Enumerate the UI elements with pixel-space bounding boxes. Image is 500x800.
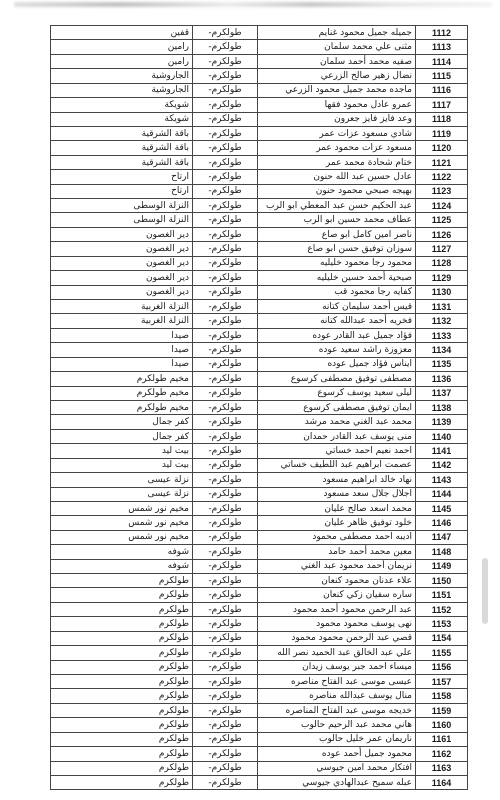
name-cell: بهيجه صبحي محمود حنون xyxy=(258,184,416,198)
name-text: محمود جميل أحمد عوده xyxy=(322,749,412,759)
table-row: نزلة عيسى طولكرم- نهاد خالد ابراهيم مسعو… xyxy=(51,473,468,487)
id-cell: 1149 xyxy=(416,559,468,573)
district-cell: طولكرم- xyxy=(193,732,258,746)
id-cell: 1146 xyxy=(416,516,468,530)
name-text: افتكار محمد امين جيوسي xyxy=(316,763,412,773)
table-row: طولكرم طولكرم- عيسى موسى عبد الفتاح مناص… xyxy=(51,674,468,688)
place-cell: باقة الشرقية xyxy=(51,155,193,169)
district-text: طولكرم- xyxy=(208,287,241,297)
district-text: طولكرم- xyxy=(208,42,241,52)
scan-artifact-smudge xyxy=(14,2,492,7)
name-cell: خديجه موسى عبد الفتاح المناصره xyxy=(258,703,416,717)
district-text: طولكرم- xyxy=(208,706,241,716)
name-text: مثنى علي محمد سلمان xyxy=(324,42,412,52)
name-cell: نريمان أحمد محمود عبد الغني xyxy=(258,559,416,573)
name-cell: نهى يوسف محمود محمود xyxy=(258,617,416,631)
name-cell: كفايه رجا محمود قب xyxy=(258,285,416,299)
place-cell: ارتاح xyxy=(51,184,193,198)
district-cell: طولكرم- xyxy=(193,83,258,97)
id-text: 1148 xyxy=(432,547,452,557)
name-text: فخريه أحمد عبدالله كتانه xyxy=(320,316,412,326)
id-text: 1114 xyxy=(432,57,451,67)
name-text: مسعود عزات محمود عمر xyxy=(316,143,412,153)
name-cell: عبله سميح عبدالهادي جيوسي xyxy=(258,775,416,789)
name-text: سوزان توفيق حسن ابو صاع xyxy=(307,244,412,254)
table-row: طولكرم طولكرم- قصي عبد الرحمن محمود محمو… xyxy=(51,631,468,645)
id-text: 1154 xyxy=(432,633,452,643)
table-row: كفر جمال طولكرم- منى يوسف عبد القادر حمد… xyxy=(51,429,468,443)
name-text: ناريمان عمر خليل حالوب xyxy=(319,734,412,744)
name-cell: عمرو عادل محمود فقها xyxy=(258,98,416,112)
place-cell: دير الغصون xyxy=(51,227,193,241)
id-cell: 1148 xyxy=(416,545,468,559)
table-row: باقة الشرقية طولكرم- شادي مسعود عزات عمر… xyxy=(51,126,468,140)
id-cell: 1159 xyxy=(416,703,468,717)
name-text: معين محمد أحمد حامد xyxy=(328,547,412,557)
name-cell: صبحية أحمد حسين خليليه xyxy=(258,271,416,285)
id-cell: 1156 xyxy=(416,660,468,674)
name-text: منال يوسف عبدالله مناصره xyxy=(309,691,412,701)
place-text: طولكرم xyxy=(159,734,189,744)
district-text: طولكرم- xyxy=(208,561,241,571)
district-text: طولكرم- xyxy=(208,57,241,67)
id-text: 1141 xyxy=(432,446,452,456)
id-text: 1123 xyxy=(432,186,452,196)
id-cell: 1119 xyxy=(416,126,468,140)
district-cell: طولكرم- xyxy=(193,112,258,126)
id-cell: 1138 xyxy=(416,400,468,414)
place-text: مخيم نور شمس xyxy=(128,504,189,514)
table-row: الجاروشية طولكرم- ماجده محمد جميل محمود … xyxy=(51,83,468,97)
table-row: ارتاح طولكرم- عادل حسين عبد الله حنون 11… xyxy=(51,170,468,184)
name-text: بهيجه صبحي محمود حنون xyxy=(316,186,412,196)
name-cell: خلود توفيق ظاهر عليان xyxy=(258,516,416,530)
name-text: نضال زهير صالح الزرعي xyxy=(321,71,412,81)
place-cell: شويكة xyxy=(51,112,193,126)
district-text: طولكرم- xyxy=(208,749,241,759)
id-cell: 1152 xyxy=(416,602,468,616)
district-text: طولكرم- xyxy=(208,432,241,442)
table-row: شوفه طولكرم- نريمان أحمد محمود عبد الغني… xyxy=(51,559,468,573)
place-cell: كفر جمال xyxy=(51,415,193,429)
district-cell: طولكرم- xyxy=(193,530,258,544)
name-text: ايناس فؤاد جميل عوده xyxy=(327,359,412,369)
name-cell: علاء عدنان محمود كنعان xyxy=(258,574,416,588)
place-cell: الجاروشية xyxy=(51,83,193,97)
place-text: مخيم طولكرم xyxy=(137,388,189,398)
district-cell: طولكرم- xyxy=(193,126,258,140)
id-text: 1124 xyxy=(432,201,452,211)
district-cell: طولكرم- xyxy=(193,458,258,472)
district-text: طولكرم- xyxy=(208,648,241,658)
id-text: 1131 xyxy=(432,302,452,312)
district-cell: طولكرم- xyxy=(193,545,258,559)
table-row: مخيم نور شمس طولكرم- محمد اسعد صالح عليا… xyxy=(51,501,468,515)
id-cell: 1126 xyxy=(416,227,468,241)
district-text: طولكرم- xyxy=(208,273,241,283)
id-cell: 1154 xyxy=(416,631,468,645)
id-cell: 1137 xyxy=(416,386,468,400)
place-text: نزلة عيسى xyxy=(147,489,189,499)
district-text: طولكرم- xyxy=(208,114,241,124)
name-cell: قصي عبد الرحمن محمود محمود xyxy=(258,631,416,645)
district-cell: طولكرم- xyxy=(193,213,258,227)
name-cell: عيسى موسى عبد الفتاح مناصره xyxy=(258,674,416,688)
district-cell: طولكرم- xyxy=(193,314,258,328)
place-cell: دير الغصون xyxy=(51,256,193,270)
district-cell: طولكرم- xyxy=(193,516,258,530)
place-cell: طولكرم xyxy=(51,761,193,775)
place-text: بيت ليد xyxy=(162,460,189,470)
id-text: 1112 xyxy=(432,28,451,38)
place-cell: بيت ليد xyxy=(51,444,193,458)
table-row: النزلة الغربية طولكرم- فخريه أحمد عبدالل… xyxy=(51,314,468,328)
table-row: باقة الشرقية طولكرم- مسعود عزات محمود عم… xyxy=(51,141,468,155)
id-cell: 1157 xyxy=(416,674,468,688)
place-cell: دير الغصون xyxy=(51,285,193,299)
id-text: 1146 xyxy=(432,518,452,528)
place-cell: طولكرم xyxy=(51,689,193,703)
name-text: مصطفى توفيق مصطفى كرسوع xyxy=(291,374,412,384)
id-text: 1147 xyxy=(432,532,452,542)
place-text: النزلة الغربية xyxy=(141,302,189,312)
id-cell: 1147 xyxy=(416,530,468,544)
name-text: عبد الرحمن محمود أحمد محمود xyxy=(293,605,412,615)
place-cell: باقة الشرقية xyxy=(51,126,193,140)
name-text: ناصر امين كامل ابو صاع xyxy=(322,230,412,240)
name-cell: اجلال جلال سعد مسعود xyxy=(258,487,416,501)
table-row: صيدا طولكرم- فؤاد جميل عبد القادر عوده 1… xyxy=(51,328,468,342)
district-text: طولكرم- xyxy=(208,547,241,557)
name-text: وعد فايز فايز جعرون xyxy=(334,114,412,124)
place-cell: طولكرم xyxy=(51,674,193,688)
district-text: طولكرم- xyxy=(208,633,241,643)
id-cell: 1121 xyxy=(416,155,468,169)
place-text: طولكرم xyxy=(159,763,189,773)
place-cell: دير الغصون xyxy=(51,242,193,256)
place-cell: طولكرم xyxy=(51,646,193,660)
id-text: 1157 xyxy=(432,677,452,687)
id-text: 1130 xyxy=(432,287,452,297)
id-cell: 1151 xyxy=(416,588,468,602)
table-row: طولكرم طولكرم- عبله سميح عبدالهادي جيوسي… xyxy=(51,775,468,789)
name-text: صفيه محمد أحمد سلمان xyxy=(320,57,412,67)
id-text: 1120 xyxy=(432,143,452,153)
district-cell: طولكرم- xyxy=(193,26,258,40)
district-cell: طولكرم- xyxy=(193,54,258,68)
place-text: طولكرم xyxy=(159,662,189,672)
district-cell: طولكرم- xyxy=(193,473,258,487)
table-row: طولكرم طولكرم- نهى يوسف محمود محمود 1153 xyxy=(51,617,468,631)
id-cell: 1145 xyxy=(416,501,468,515)
district-cell: طولكرم- xyxy=(193,328,258,342)
table-row: طولكرم طولكرم- افتكار محمد امين جيوسي 11… xyxy=(51,761,468,775)
place-text: صيدا xyxy=(171,345,189,355)
name-cell: معين محمد أحمد حامد xyxy=(258,545,416,559)
district-cell: طولكرم- xyxy=(193,386,258,400)
district-text: طولكرم- xyxy=(208,778,241,788)
place-cell: ارتاح xyxy=(51,170,193,184)
place-cell: النزلة الوسطى xyxy=(51,213,193,227)
table-row: ارتاح طولكرم- بهيجه صبحي محمود حنون 1123 xyxy=(51,184,468,198)
table-row: دير الغصون طولكرم- كفايه رجا محمود قب 11… xyxy=(51,285,468,299)
district-text: طولكرم- xyxy=(208,504,241,514)
name-text: عطاف محمد حسين ابو الرب xyxy=(304,215,412,225)
name-cell: سوزان توفيق حسن ابو صاع xyxy=(258,242,416,256)
district-cell: طولكرم- xyxy=(193,199,258,213)
id-cell: 1136 xyxy=(416,372,468,386)
place-cell: رامين xyxy=(51,40,193,54)
id-text: 1164 xyxy=(432,778,452,788)
place-text: طولكرم xyxy=(159,720,189,730)
id-cell: 1141 xyxy=(416,444,468,458)
place-cell: شوفه xyxy=(51,559,193,573)
name-cell: معزوزة راشد سعيد عوده xyxy=(258,343,416,357)
district-text: طولكرم- xyxy=(208,129,241,139)
district-cell: طولكرم- xyxy=(193,674,258,688)
district-text: طولكرم- xyxy=(208,619,241,629)
name-cell: ايناس فؤاد جميل عوده xyxy=(258,357,416,371)
name-cell: وعد فايز فايز جعرون xyxy=(258,112,416,126)
district-text: طولكرم- xyxy=(208,518,241,528)
name-text: نهى يوسف محمود محمود xyxy=(316,619,412,629)
district-cell: طولكرم- xyxy=(193,98,258,112)
place-cell: شوفه xyxy=(51,545,193,559)
place-cell: رامين xyxy=(51,54,193,68)
name-text: محمود رجا محمود خليليه xyxy=(320,258,412,268)
district-text: طولكرم- xyxy=(208,85,241,95)
name-cell: ناصر امين كامل ابو صاع xyxy=(258,227,416,241)
place-text: شوفه xyxy=(168,561,189,571)
name-cell: عصمت ابراهيم عبد اللطيف خساتي xyxy=(258,458,416,472)
id-cell: 1160 xyxy=(416,718,468,732)
id-text: 1150 xyxy=(432,576,452,586)
name-text: ايمان توفيق مصطفى كرسوع xyxy=(303,403,412,413)
place-text: كفر جمال xyxy=(152,432,189,442)
district-text: طولكرم- xyxy=(208,460,241,470)
district-text: طولكرم- xyxy=(208,763,241,773)
id-cell: 1124 xyxy=(416,199,468,213)
table-row: شويكة طولكرم- عمرو عادل محمود فقها 1117 xyxy=(51,98,468,112)
name-cell: ايمان توفيق مصطفى كرسوع xyxy=(258,400,416,414)
place-cell: مخيم نور شمس xyxy=(51,516,193,530)
table-row: النزلة الغربية طولكرم- قيس أحمد سليمان ك… xyxy=(51,300,468,314)
id-text: 1115 xyxy=(432,71,451,81)
district-cell: طولكرم- xyxy=(193,300,258,314)
name-text: قيس أحمد سليمان كتانه xyxy=(322,302,412,312)
name-text: نهاد خالد ابراهيم مسعود xyxy=(322,475,412,485)
district-text: طولكرم- xyxy=(208,532,241,542)
name-cell: فؤاد جميل عبد القادر عوده xyxy=(258,328,416,342)
table-row: طولكرم طولكرم- ساره سفيان زكي كنعان 1151 xyxy=(51,588,468,602)
place-cell: الجاروشية xyxy=(51,69,193,83)
place-text: دير الغصون xyxy=(146,230,189,240)
table-row: شويكة طولكرم- وعد فايز فايز جعرون 1118 xyxy=(51,112,468,126)
place-cell: قفين xyxy=(51,26,193,40)
place-cell: طولكرم xyxy=(51,574,193,588)
table-row: مخيم طولكرم طولكرم- ليلى سعيد يوسف كرسوع… xyxy=(51,386,468,400)
id-cell: 1140 xyxy=(416,429,468,443)
id-text: 1151 xyxy=(432,590,452,600)
district-text: طولكرم- xyxy=(208,489,241,499)
district-text: طولكرم- xyxy=(208,417,241,427)
id-text: 1145 xyxy=(432,504,452,514)
district-cell: طولكرم- xyxy=(193,170,258,184)
id-text: 1149 xyxy=(432,561,452,571)
table-row: شوفه طولكرم- معين محمد أحمد حامد 1148 xyxy=(51,545,468,559)
place-text: طولكرم xyxy=(159,605,189,615)
place-text: طولكرم xyxy=(159,576,189,586)
table-row: بيت ليد طولكرم- عصمت ابراهيم عبد اللطيف … xyxy=(51,458,468,472)
district-cell: طولكرم- xyxy=(193,415,258,429)
district-text: طولكرم- xyxy=(208,186,241,196)
place-text: شوفه xyxy=(168,547,189,557)
district-text: طولكرم- xyxy=(208,100,241,110)
id-cell: 1135 xyxy=(416,357,468,371)
table-row: طولكرم طولكرم- علي عبد الخالق عبد الحميد… xyxy=(51,646,468,660)
name-text: ماجده محمد جميل محمود الزرعي xyxy=(285,85,412,95)
id-cell: 1112 xyxy=(416,26,468,40)
id-text: 1113 xyxy=(432,42,451,52)
place-cell: طولكرم xyxy=(51,602,193,616)
place-text: رامين xyxy=(168,57,189,67)
id-text: 1158 xyxy=(432,691,452,701)
district-text: طولكرم- xyxy=(208,158,241,168)
name-cell: منال يوسف عبدالله مناصره xyxy=(258,689,416,703)
place-text: دير الغصون xyxy=(146,244,189,254)
name-cell: ماجده محمد جميل محمود الزرعي xyxy=(258,83,416,97)
id-text: 1163 xyxy=(432,763,452,773)
place-text: طولكرم xyxy=(159,590,189,600)
table-row: دير الغصون طولكرم- ناصر امين كامل ابو صا… xyxy=(51,227,468,241)
place-text: صيدا xyxy=(171,359,189,369)
name-text: عادل حسين عبد الله حنون xyxy=(313,172,412,182)
name-text: علاء عدنان محمود كنعان xyxy=(321,576,412,586)
place-cell: طولكرم xyxy=(51,718,193,732)
name-cell: شادي مسعود عزات عمر xyxy=(258,126,416,140)
name-cell: اديبه احمد مصطفى محمود xyxy=(258,530,416,544)
place-text: طولكرم xyxy=(159,749,189,759)
district-text: طولكرم- xyxy=(208,230,241,240)
place-text: دير الغصون xyxy=(146,258,189,268)
id-text: 1118 xyxy=(432,114,451,124)
place-text: بيت ليد xyxy=(162,446,189,456)
name-cell: محمود جميل أحمد عوده xyxy=(258,747,416,761)
name-text: ختام شحادة محمد عمر xyxy=(326,158,412,168)
district-cell: طولكرم- xyxy=(193,40,258,54)
name-text: صبحية أحمد حسين خليليه xyxy=(317,273,412,283)
place-cell: باقة الشرقية xyxy=(51,141,193,155)
name-text: كفايه رجا محمود قب xyxy=(334,287,412,297)
place-text: الجاروشية xyxy=(151,85,189,95)
id-text: 1135 xyxy=(432,359,452,369)
table-row: دير الغصون طولكرم- صبحية أحمد حسين خليلي… xyxy=(51,271,468,285)
place-text: باقة الشرقية xyxy=(142,129,189,139)
place-text: طولكرم xyxy=(159,778,189,788)
place-cell: كفر جمال xyxy=(51,429,193,443)
district-text: طولكرم- xyxy=(208,316,241,326)
id-cell: 1116 xyxy=(416,83,468,97)
table-row: مخيم طولكرم طولكرم- مصطفى توفيق مصطفى كر… xyxy=(51,372,468,386)
district-cell: طولكرم- xyxy=(193,227,258,241)
id-text: 1133 xyxy=(432,331,452,341)
table-row: طولكرم طولكرم- ناريمان عمر خليل حالوب 11… xyxy=(51,732,468,746)
place-cell: دير الغصون xyxy=(51,271,193,285)
place-text: شويكة xyxy=(165,114,190,124)
id-cell: 1129 xyxy=(416,271,468,285)
name-cell: علي عبد الخالق عبد الحميد نصر الله xyxy=(258,646,416,660)
name-cell: ليلى سعيد يوسف كرسوع xyxy=(258,386,416,400)
place-cell: النزلة الوسطى xyxy=(51,199,193,213)
name-text: محمد اسعد صالح عليان xyxy=(324,504,412,514)
district-text: طولكرم- xyxy=(208,590,241,600)
id-text: 1119 xyxy=(432,129,451,139)
district-text: طولكرم- xyxy=(208,374,241,384)
district-text: طولكرم- xyxy=(208,331,241,341)
name-cell: هاني محمد عبد الرحيم حالوب xyxy=(258,718,416,732)
id-cell: 1125 xyxy=(416,213,468,227)
name-text: عبد الحكيم حسن عبد المعطي ابو الرب xyxy=(266,201,412,211)
name-cell: ميساء احمد جبر يوسف زيدان xyxy=(258,660,416,674)
place-text: طولكرم xyxy=(159,648,189,658)
place-text: كفر جمال xyxy=(152,417,189,427)
name-text: منى يوسف عبد القادر حمدان xyxy=(303,432,412,442)
place-cell: طولكرم xyxy=(51,747,193,761)
district-cell: طولكرم- xyxy=(193,501,258,515)
name-text: معزوزة راشد سعيد عوده xyxy=(319,345,412,355)
place-text: النزلة الوسطى xyxy=(133,215,189,225)
name-cell: افتكار محمد امين جيوسي xyxy=(258,761,416,775)
district-text: طولكرم- xyxy=(208,605,241,615)
place-text: النزلة الوسطى xyxy=(133,201,189,211)
place-text: طولكرم xyxy=(159,619,189,629)
scrollbar-thumb[interactable] xyxy=(482,558,488,624)
name-text: قصي عبد الرحمن محمود محمود xyxy=(291,633,412,643)
place-cell: صيدا xyxy=(51,343,193,357)
place-text: شويكة xyxy=(165,100,190,110)
district-cell: طولكرم- xyxy=(193,444,258,458)
id-cell: 1134 xyxy=(416,343,468,357)
id-cell: 1128 xyxy=(416,256,468,270)
district-text: طولكرم- xyxy=(208,143,241,153)
district-cell: طولكرم- xyxy=(193,357,258,371)
name-cell: عطاف محمد حسين ابو الرب xyxy=(258,213,416,227)
table-row: كفر جمال طولكرم- محمد عبد الغني محمد مرش… xyxy=(51,415,468,429)
name-cell: جميله جميل محمود غنايم xyxy=(258,26,416,40)
name-cell: مسعود عزات محمود عمر xyxy=(258,141,416,155)
district-cell: طولكرم- xyxy=(193,747,258,761)
id-text: 1125 xyxy=(432,215,452,225)
place-cell: طولكرم xyxy=(51,631,193,645)
place-text: ارتاح xyxy=(171,186,189,196)
name-cell: محمد عبد الغني محمد مرشد xyxy=(258,415,416,429)
id-text: 1117 xyxy=(432,100,451,110)
district-text: طولكرم- xyxy=(208,28,241,38)
table-row: دير الغصون طولكرم- محمود رجا محمود خليلي… xyxy=(51,256,468,270)
id-cell: 1143 xyxy=(416,473,468,487)
id-text: 1155 xyxy=(432,648,452,658)
district-cell: طولكرم- xyxy=(193,718,258,732)
id-cell: 1150 xyxy=(416,574,468,588)
district-cell: طولكرم- xyxy=(193,372,258,386)
id-text: 1137 xyxy=(432,388,452,398)
id-text: 1162 xyxy=(432,749,452,759)
district-cell: طولكرم- xyxy=(193,775,258,789)
district-text: طولكرم- xyxy=(208,691,241,701)
district-cell: طولكرم- xyxy=(193,69,258,83)
id-cell: 1132 xyxy=(416,314,468,328)
place-text: صيدا xyxy=(171,331,189,341)
